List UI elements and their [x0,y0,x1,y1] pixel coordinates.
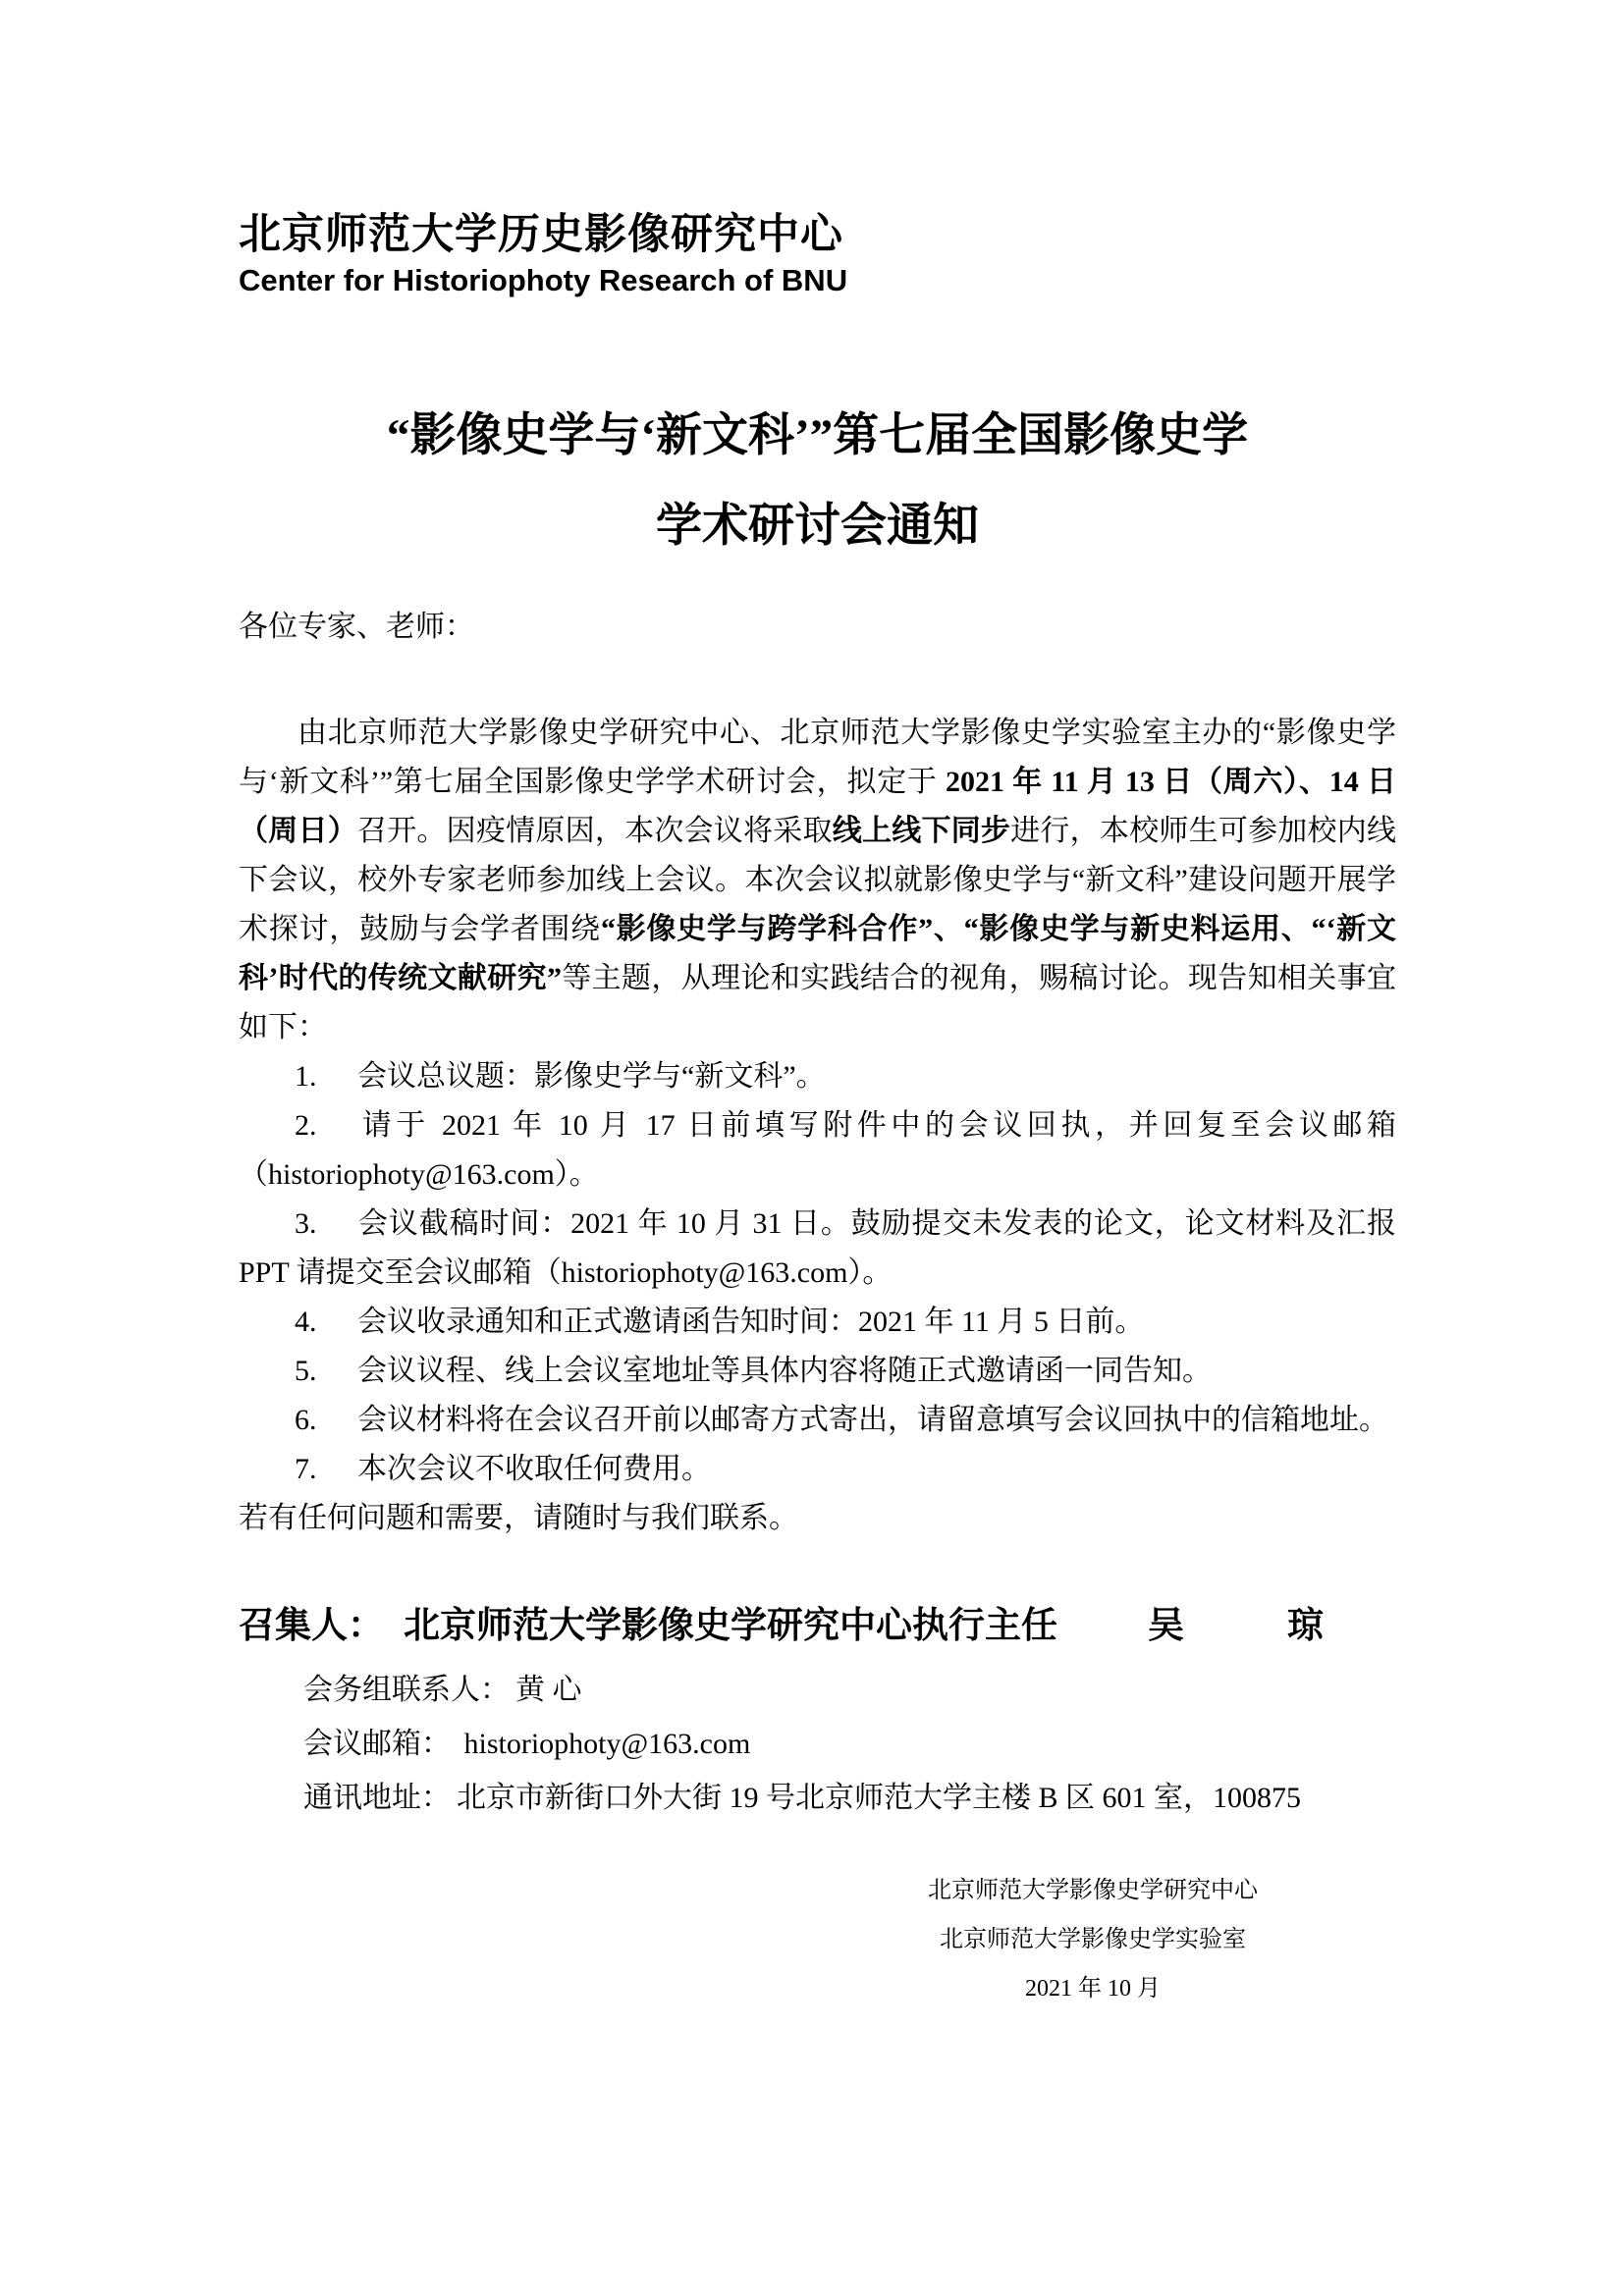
document-title-line-2: 学术研讨会通知 [239,481,1396,571]
notice-item-2: 2.请于 2021 年 10 月 17 日前填写附件中的会议回执，并回复至会议邮… [239,1101,1396,1200]
letterhead: 北京师范大学历史影像研究中心 Center for Historiophoty … [239,208,1396,300]
contact-row-liaison: 会务组联系人：黄 心 [303,1663,1396,1717]
organization-name-english: Center for Historiophoty Research of BNU [239,261,1396,300]
notice-item-5: 5.会议议程、线上会议室地址等具体内容将随正式邀请函一同告知。 [239,1347,1396,1396]
signature-org-2: 北京师范大学影像史学实验室 [749,1915,1436,1964]
signature-date: 2021 年 10 月 [749,1964,1436,2013]
notice-item-4: 4.会议收录通知和正式邀请函告知时间：2021 年 11 月 5 日前。 [239,1298,1396,1347]
convener-org-title: 北京师范大学影像史学研究中心执行主任 [404,1605,1057,1645]
item-text: 会议议程、线上会议室地址等具体内容将随正式邀请函一同告知。 [357,1355,1212,1387]
convener-label: 召集人： [239,1605,384,1645]
organization-name-chinese: 北京师范大学历史影像研究中心 [239,208,1396,261]
notice-item-1: 1.会议总议题：影像史学与“新文科”。 [239,1052,1396,1101]
signature-block: 北京师范大学影像史学研究中心 北京师范大学影像史学实验室 2021 年 10 月 [749,1866,1436,2013]
salutation: 各位专家、老师： [239,603,1396,652]
document-title: “影像史学与‘新文科’”第七届全国影像史学 学术研讨会通知 [239,391,1396,571]
item-number: 3. [295,1200,357,1249]
item-number: 2. [295,1101,357,1150]
convener-name: 吴 琼 [1148,1605,1357,1645]
item-number: 5. [295,1347,357,1396]
contact-row-email: 会议邮箱： historiophoty@163.com [303,1717,1396,1771]
item-number: 7. [295,1445,357,1494]
document-title-line-1: “影像史学与‘新文科’”第七届全国影像史学 [239,391,1396,481]
contact-info-block: 会务组联系人：黄 心 会议邮箱： historiophoty@163.com 通… [303,1663,1396,1825]
item-text: 请于 2021 年 10 月 17 日前填写附件中的会议回执，并回复至会议邮箱（… [239,1109,1396,1191]
item-text: 会议收录通知和正式邀请函告知时间：2021 年 11 月 5 日前。 [357,1306,1144,1338]
convener-line: 召集人：北京师范大学影像史学研究中心执行主任吴 琼 [239,1596,1396,1655]
item-text: 会议总议题：影像史学与“新文科”。 [357,1060,826,1093]
contact-label: 会务组联系人： [303,1674,510,1706]
contact-label: 会议邮箱： [303,1728,451,1760]
notice-document-page: 北京师范大学历史影像研究中心 Center for Historiophoty … [0,0,1624,2296]
contact-value-email: historiophoty@163.com [457,1728,750,1760]
notice-item-7: 7.本次会议不收取任何费用。 [239,1445,1396,1494]
contact-row-address: 通讯地址：北京市新街口外大街 19 号北京师范大学主楼 B 区 601 室，10… [303,1771,1396,1825]
contact-label: 通讯地址： [303,1782,451,1814]
item-text: 会议截稿时间：2021 年 10 月 31 日。鼓励提交未发表的论文，论文材料及… [239,1207,1396,1289]
contact-value: 北京市新街口外大街 19 号北京师范大学主楼 B 区 601 室，100875 [457,1782,1301,1814]
item-number: 4. [295,1298,357,1347]
item-text: 会议材料将在会议召开前以邮寄方式寄出，请留意填写会议回执中的信箱地址。 [357,1404,1388,1436]
contact-value: 黄 心 [515,1674,582,1706]
item-number: 6. [295,1396,357,1445]
item-text: 本次会议不收取任何费用。 [357,1453,711,1485]
item-number: 1. [295,1052,357,1101]
intro-paragraph: 由北京师范大学影像史学研究中心、北京师范大学影像史学实验室主办的“影像史学与‘新… [239,709,1396,1052]
signature-org-1: 北京师范大学影像史学研究中心 [749,1866,1436,1915]
closing-remark: 若有任何问题和需要，请随时与我们联系。 [239,1494,1396,1543]
notice-item-6: 6.会议材料将在会议召开前以邮寄方式寄出，请留意填写会议回执中的信箱地址。 [239,1396,1396,1445]
notice-item-3: 3.会议截稿时间：2021 年 10 月 31 日。鼓励提交未发表的论文，论文材… [239,1200,1396,1298]
